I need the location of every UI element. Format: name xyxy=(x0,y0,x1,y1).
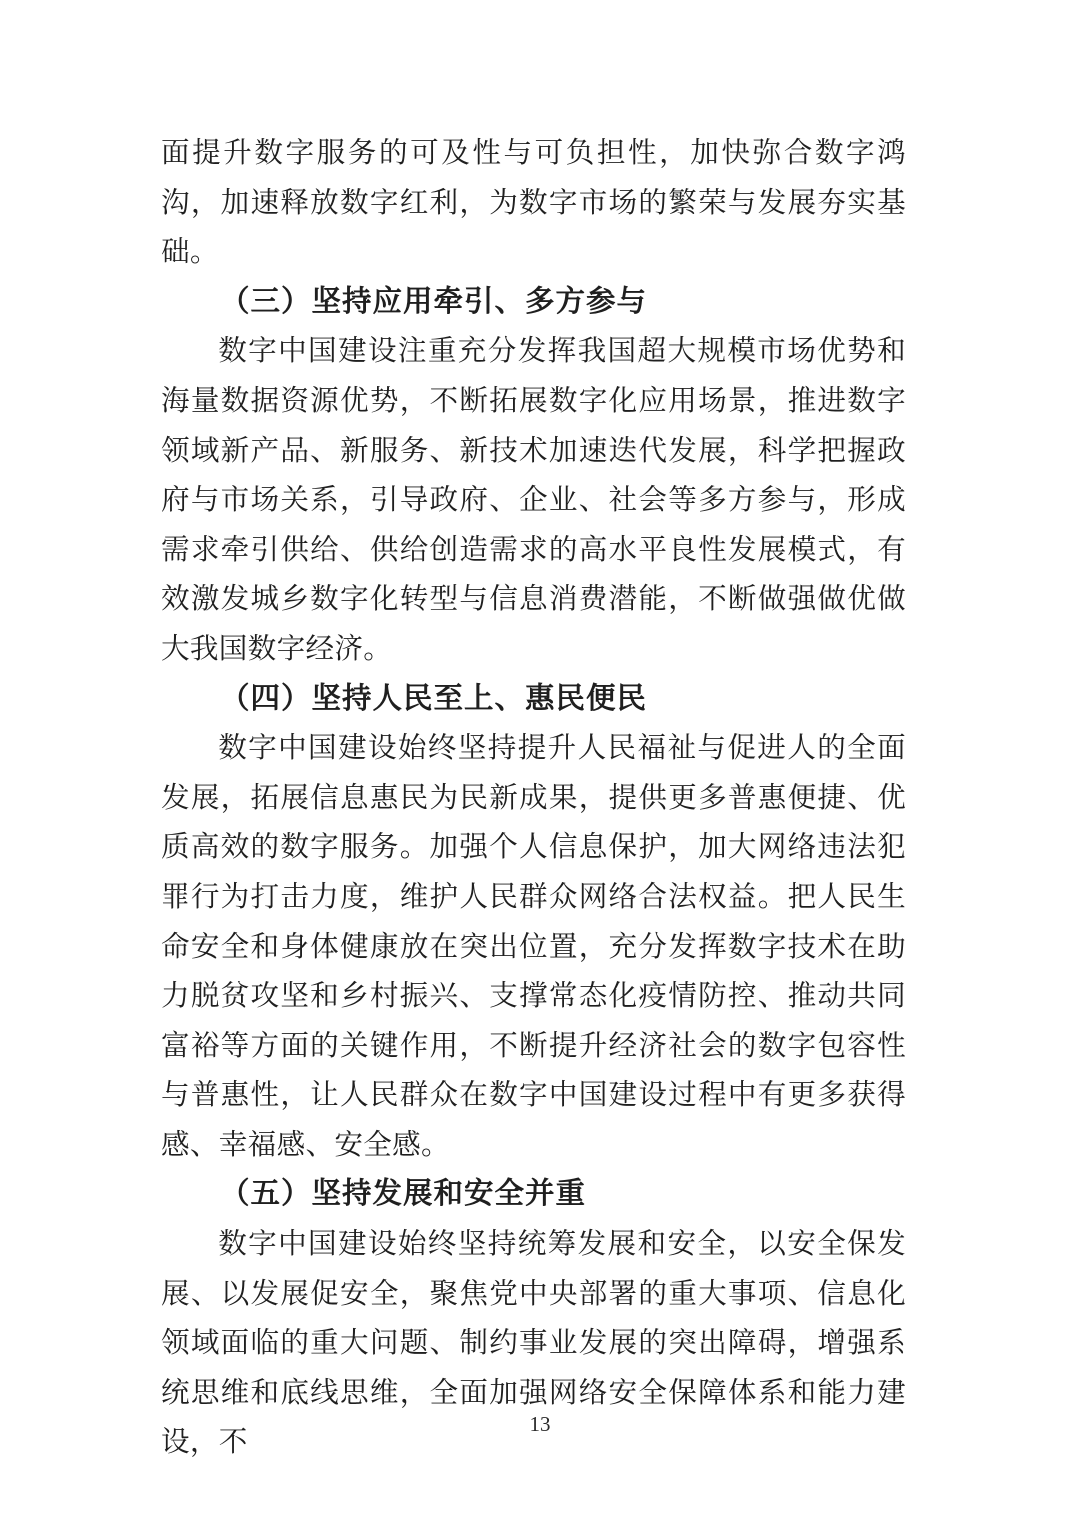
document-page: 面提升数字服务的可及性与可负担性，加快弥合数字鸿沟，加速释放数字红利，为数字市场… xyxy=(0,0,1080,1527)
section-heading-5: （五）坚持发展和安全并重 xyxy=(161,1170,906,1220)
section-heading-4: （四）坚持人民至上、惠民便民 xyxy=(161,675,906,725)
section-3-paragraph: 数字中国建设注重充分发挥我国超大规模市场优势和海量数据资源优势，不断拓展数字化应… xyxy=(161,327,906,674)
section-4-paragraph: 数字中国建设始终坚持提升人民福祉与促进人的全面发展，拓展信息惠民为民新成果，提供… xyxy=(161,724,906,1170)
page-body-text: 面提升数字服务的可及性与可负担性，加快弥合数字鸿沟，加速释放数字红利，为数字市场… xyxy=(161,129,906,1468)
page-number: 13 xyxy=(0,1410,1080,1438)
section-heading-3: （三）坚持应用牵引、多方参与 xyxy=(161,278,906,328)
paragraph-continuation: 面提升数字服务的可及性与可负担性，加快弥合数字鸿沟，加速释放数字红利，为数字市场… xyxy=(161,129,906,278)
